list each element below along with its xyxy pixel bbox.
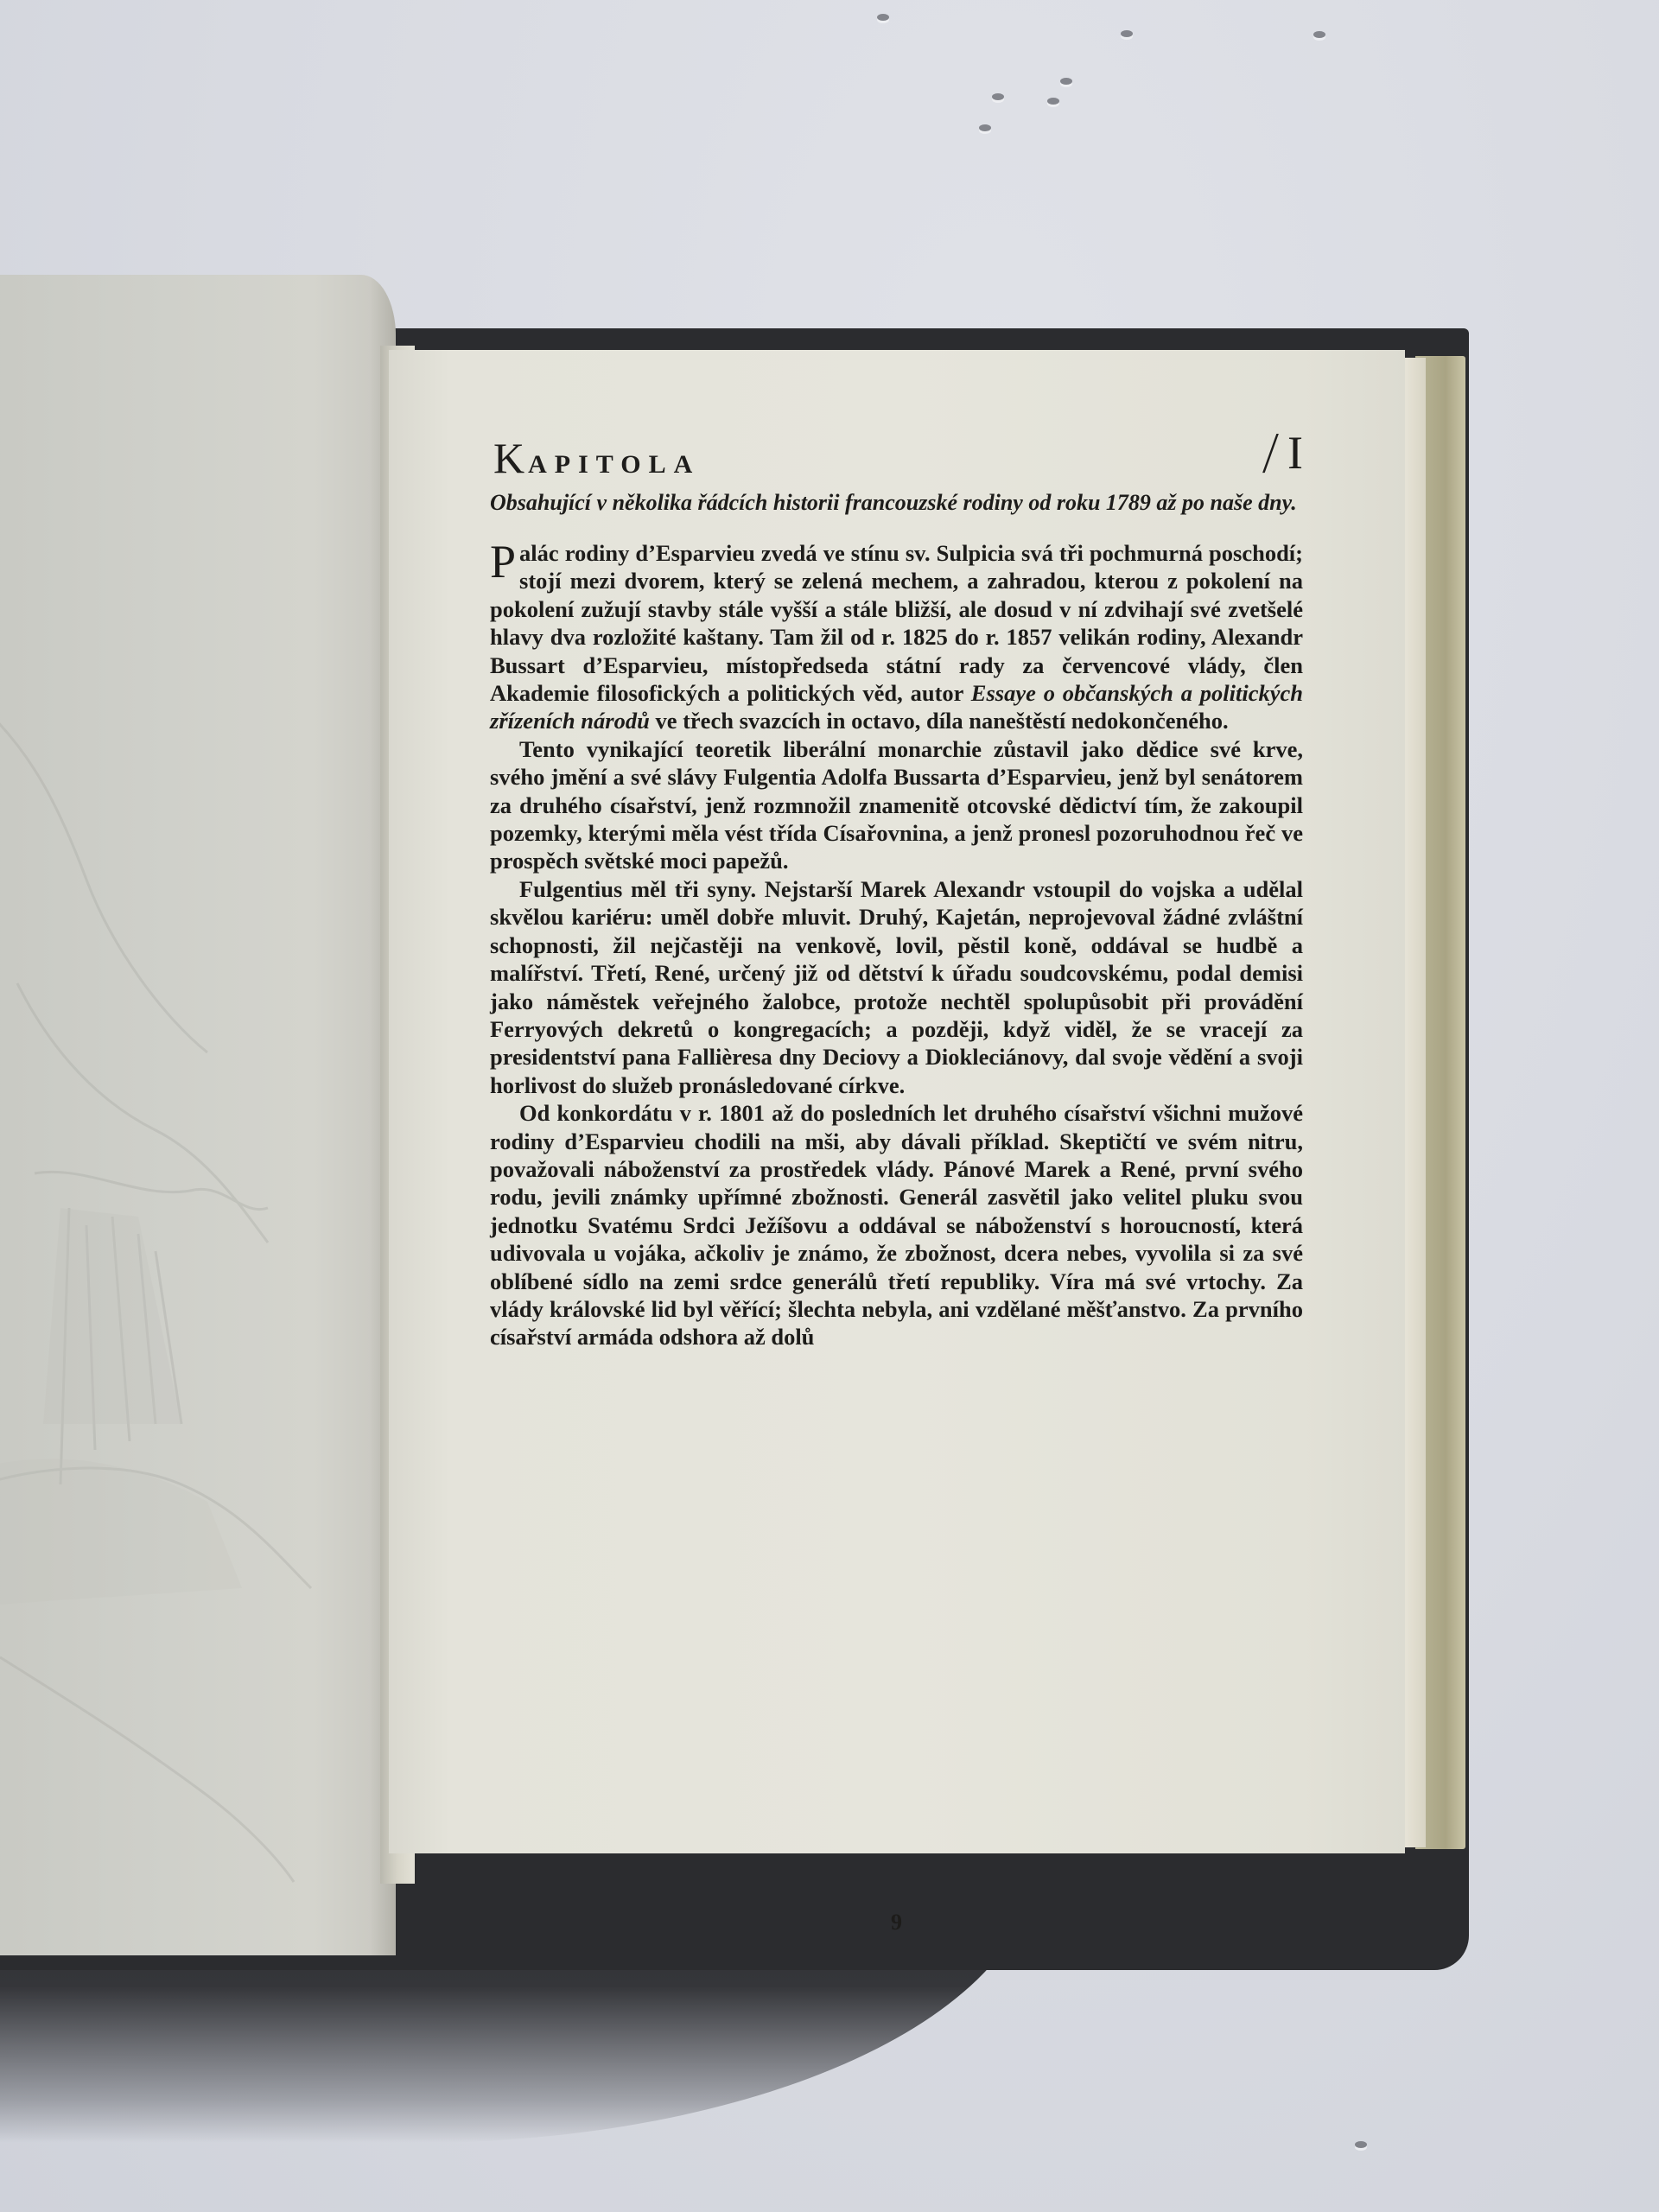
surface-speck: [1121, 30, 1133, 37]
surface-speck: [992, 93, 1004, 100]
page-content: KAPITOLA /I Obsahující v několika řádcíc…: [490, 432, 1303, 1351]
surface-speck: [1355, 2141, 1367, 2148]
chapter-title-rest: APITOLA: [528, 450, 700, 479]
chapter-body: Palác rodiny d’Esparvieu zvedá ve stínu …: [490, 539, 1303, 1351]
show-through-illustration: [0, 275, 396, 1955]
right-page: KAPITOLA /I Obsahující v několika řádcíc…: [389, 350, 1405, 1853]
paragraph: Fulgentius měl tři syny. Nejstarší Marek…: [490, 875, 1303, 1099]
chapter-title: KAPITOLA: [493, 432, 700, 491]
chapter-title-initial: K: [493, 434, 528, 482]
page-number: 9: [490, 1910, 1303, 1935]
paragraph: Od konkordátu v r. 1801 až do posledních…: [490, 1099, 1303, 1351]
paragraph: Palác rodiny d’Esparvieu zvedá ve stínu …: [490, 539, 1303, 735]
surface-speck: [1313, 31, 1325, 38]
chapter-heading: KAPITOLA /I: [490, 432, 1303, 484]
surface-speck: [1060, 78, 1072, 85]
surface-speck: [877, 14, 889, 21]
chapter-number: /I: [1264, 425, 1303, 480]
drop-cap: P: [490, 543, 516, 581]
chapter-roman-numeral: I: [1287, 427, 1303, 479]
surface-speck: [1047, 98, 1059, 105]
chapter-slash: /: [1262, 418, 1281, 487]
chapter-summary: Obsahující v několika řádcích historii f…: [490, 489, 1303, 517]
page-block-edge: [1402, 358, 1426, 1847]
paragraph-text: ve třech svazcích in octavo, díla nanešt…: [650, 708, 1229, 734]
left-page: [0, 275, 396, 1955]
paragraph: Tento vynikající teoretik liberální mona…: [490, 735, 1303, 875]
surface-speck: [979, 124, 991, 131]
